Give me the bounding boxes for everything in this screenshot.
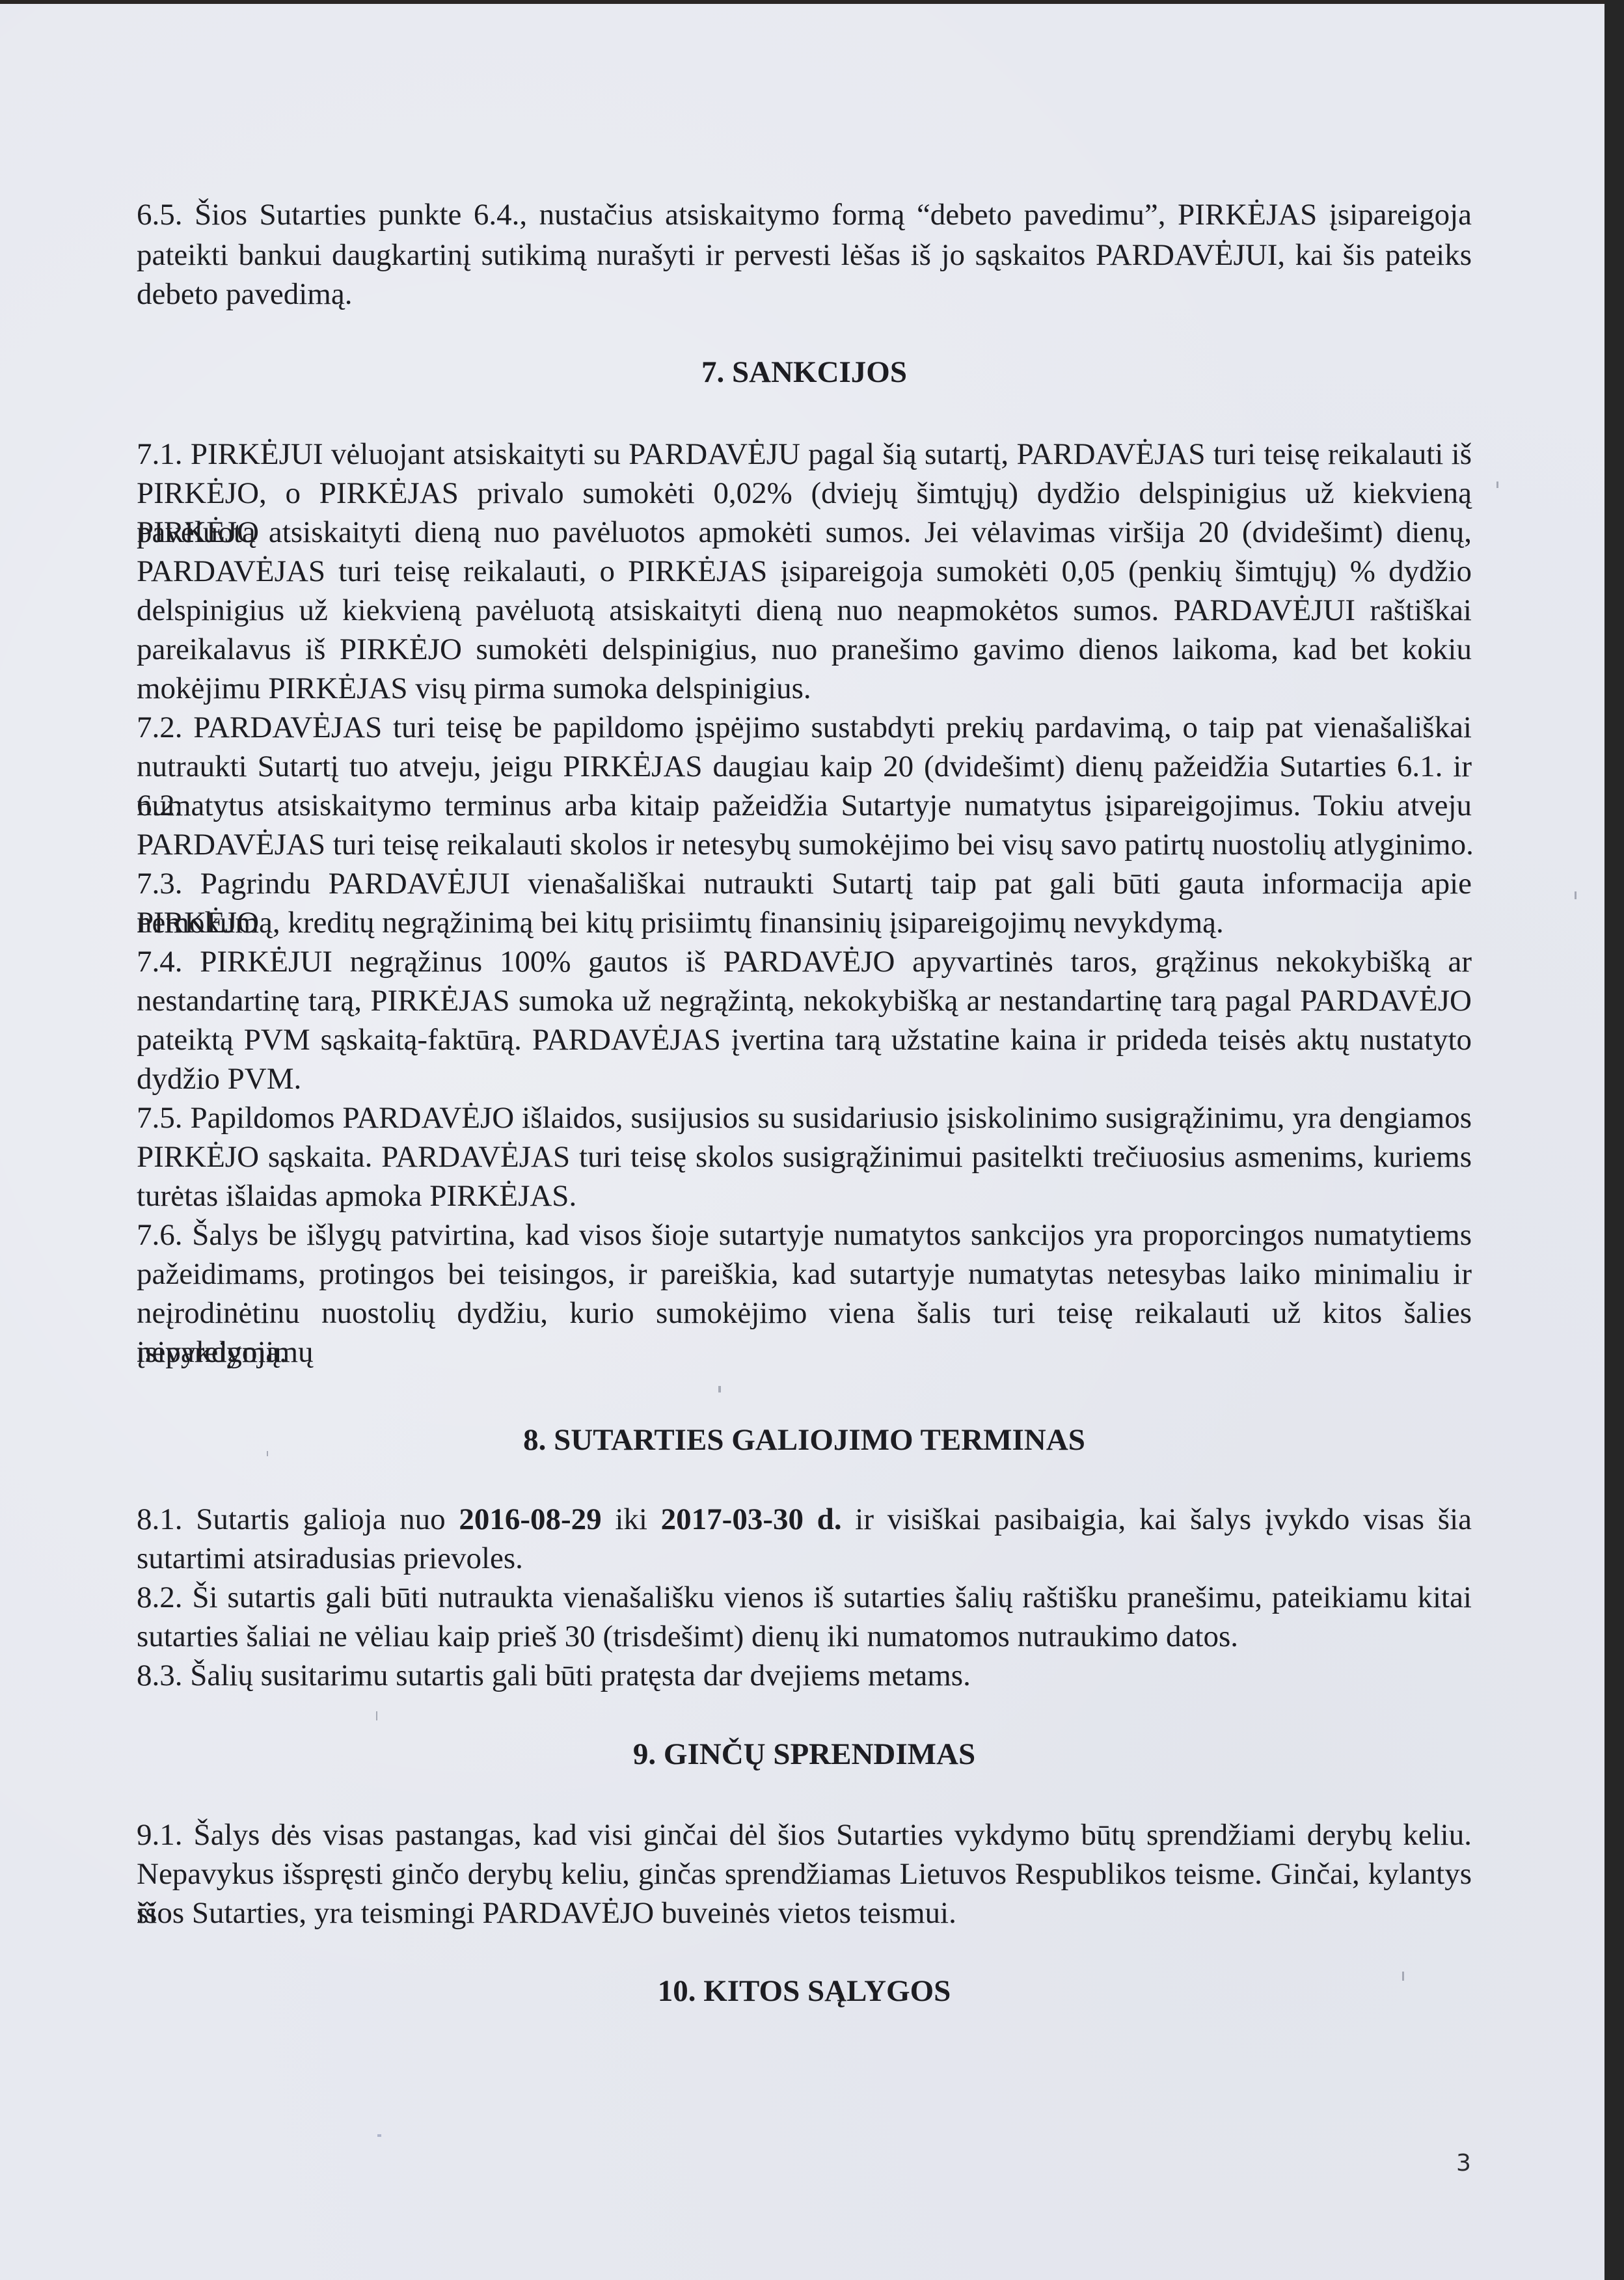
page-number: 3	[1456, 2147, 1471, 2180]
scan-speck	[718, 1386, 721, 1392]
paragraph-6-5-line: debeto pavedimą.	[137, 275, 1472, 314]
paragraph-7-4-line: 7.4. PIRKĖJUI negrąžinus 100% gautos iš …	[137, 942, 1472, 981]
paragraph-7-1-line: pareikalavus iš PIRKĖJO sumokėti delspin…	[137, 630, 1472, 669]
section-9-heading: 9. GINČŲ SPRENDIMAS	[137, 1735, 1472, 1774]
paragraph-7-4-line: nestandartinę tarą, PIRKĖJAS sumoka už n…	[137, 981, 1472, 1020]
section-10-heading: 10. KITOS SĄLYGOS	[137, 1972, 1472, 2011]
section-8-heading: 8. SUTARTIES GALIOJIMO TERMINAS	[137, 1420, 1472, 1459]
paragraph-7-1-line: PARDAVĖJAS turi teisę reikalauti, o PIRK…	[137, 552, 1472, 591]
paragraph-7-2-line: 7.2. PARDAVĖJAS turi teisę be papildomo …	[137, 708, 1472, 747]
paragraph-7-2-line: nutraukti Sutartį tuo atveju, jeigu PIRK…	[137, 747, 1472, 786]
paragraph-9-1-line: Nepavykus išspręsti ginčo derybų keliu, …	[137, 1854, 1472, 1893]
paragraph-7-5-line: turėtas išlaidas apmoka PIRKĖJAS.	[137, 1176, 1472, 1215]
section-7-heading: 7. SANKCIJOS	[137, 353, 1472, 392]
contract-start-date: 2016-08-29	[459, 1502, 601, 1536]
paragraph-7-1-line: mokėjimu PIRKĖJAS visų pirma sumoka dels…	[137, 669, 1472, 708]
paragraph-7-3-line: nemokumą, kreditų negrąžinimą bei kitų p…	[137, 903, 1472, 942]
paragraph-8-1-suffix: ir visiškai pasibaigia, kai šalys įvykdo…	[855, 1502, 1472, 1536]
scan-speck	[1575, 891, 1577, 899]
paragraph-7-3-line: 7.3. Pagrindu PARDAVĖJUI vienašališkai n…	[137, 864, 1472, 903]
paragraph-7-4-line: dydžio PVM.	[137, 1059, 1472, 1098]
paragraph-7-6-line: nevykdymą.	[137, 1333, 1472, 1372]
scan-speck	[1402, 1972, 1404, 1981]
scan-right-edge	[1604, 0, 1624, 2280]
scan-speck	[377, 2134, 381, 2137]
paragraph-8-2-line: 8.2. Ši sutartis gali būti nutraukta vie…	[137, 1578, 1472, 1617]
paragraph-7-1-line: pavėluotą atsiskaityti dieną nuo pavėluo…	[137, 513, 1472, 552]
paragraph-9-1-line: 9.1. Šalys dės visas pastangas, kad visi…	[137, 1815, 1472, 1854]
paragraph-8-1-middle: iki	[615, 1502, 647, 1536]
paragraph-6-5-line: 6.5. Šios Sutarties punkte 6.4., nustači…	[137, 195, 1472, 234]
paragraph-8-1-line: 8.1. Sutartis galioja nuo 2016-08-29 iki…	[137, 1500, 1472, 1539]
paragraph-7-2-line: numatytus atsiskaitymo terminus arba kit…	[137, 786, 1472, 825]
paragraph-7-1-line: 7.1. PIRKĖJUI vėluojant atsiskaityti su …	[137, 435, 1472, 474]
paragraph-7-4-line: pateiktą PVM sąskaitą-faktūrą. PARDAVĖJA…	[137, 1020, 1472, 1059]
paragraph-7-6-line: 7.6. Šalys be išlygų patvirtina, kad vis…	[137, 1215, 1472, 1255]
paragraph-8-3-line: 8.3. Šalių susitarimu sutartis gali būti…	[137, 1656, 1472, 1695]
paragraph-6-5-line: pateikti bankui daugkartinį sutikimą nur…	[137, 236, 1472, 275]
scan-speck	[376, 1711, 377, 1720]
scan-top-edge	[0, 0, 1624, 4]
paragraph-7-6-line: pažeidimams, protingos bei teisingos, ir…	[137, 1255, 1472, 1294]
contract-end-date: 2017-03-30 d.	[661, 1502, 842, 1536]
paragraph-8-1-prefix: 8.1. Sutartis galioja nuo	[137, 1502, 446, 1536]
paragraph-7-1-line: PIRKĖJO, o PIRKĖJAS privalo sumokėti 0,0…	[137, 474, 1472, 513]
paragraph-7-1-line: delspinigius už kiekvieną pavėluotą atsi…	[137, 591, 1472, 630]
paragraph-9-1-line: šios Sutarties, yra teismingi PARDAVĖJO …	[137, 1893, 1472, 1933]
paragraph-8-2-line: sutarties šaliai ne vėliau kaip prieš 30…	[137, 1617, 1472, 1656]
paragraph-7-5-line: 7.5. Papildomos PARDAVĖJO išlaidos, susi…	[137, 1098, 1472, 1137]
scan-speck	[1496, 482, 1498, 488]
paragraph-8-1-line: sutartimi atsiradusias prievoles.	[137, 1539, 1472, 1578]
paragraph-7-6-line: neįrodinėtinu nuostolių dydžiu, kurio su…	[137, 1294, 1472, 1333]
paragraph-7-5-line: PIRKĖJO sąskaita. PARDAVĖJAS turi teisę …	[137, 1137, 1472, 1176]
scan-speck	[267, 1451, 268, 1456]
paragraph-7-2-line: PARDAVĖJAS turi teisę reikalauti skolos …	[137, 825, 1472, 864]
